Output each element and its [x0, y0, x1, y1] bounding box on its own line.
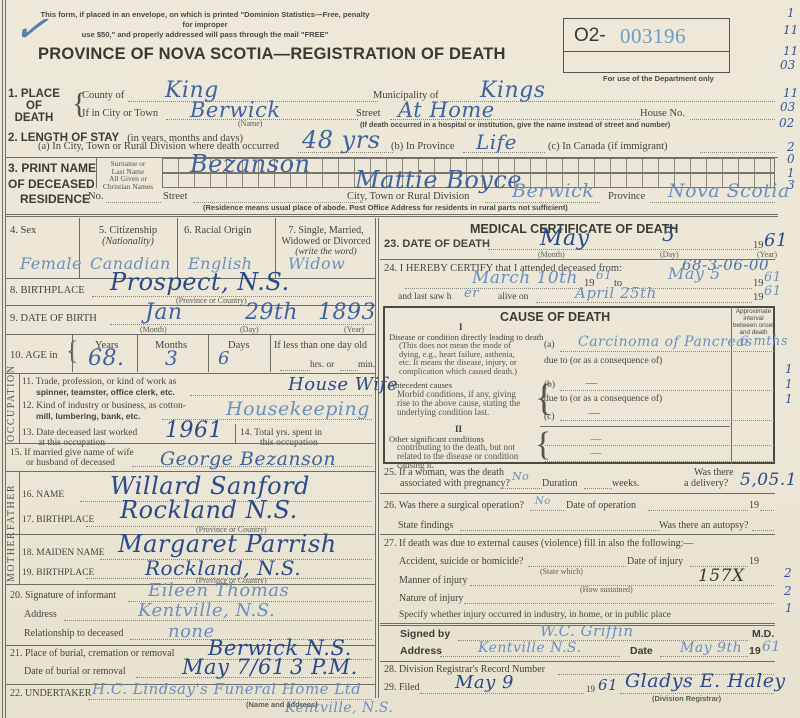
age-less-label: If less than one day old — [274, 340, 367, 351]
label-line: 11. Trade, profession, or kind of work a… — [22, 377, 176, 387]
due-to-label: due to (or as a consequence of) — [544, 356, 662, 366]
residence-city-label: City, Town or Rural Division — [347, 191, 469, 202]
divider — [235, 424, 236, 443]
father-birthplace-value[interactable]: Rockland N.S. — [120, 496, 298, 524]
delivery-label: Was there a delivery? — [684, 467, 733, 489]
mother-side-label: MOTHER — [6, 538, 17, 582]
dob-year-sub: (Year) — [344, 325, 364, 334]
accident-sub: (State which) — [540, 567, 583, 576]
father-side-label: FATHER — [6, 476, 17, 530]
other-line-1 — [545, 445, 774, 446]
filed-label: 29. Filed — [384, 682, 420, 693]
citizenship-sub: (Nationality) — [82, 236, 174, 247]
birthplace-value[interactable]: Prospect, N.S. — [110, 268, 290, 296]
to-year[interactable]: 61 — [764, 270, 782, 285]
note-line: complication which caused death.) — [399, 367, 517, 376]
q11-label: 11. Trade, profession, or kind of work a… — [22, 377, 176, 397]
signature-date-line — [660, 656, 748, 657]
cause-c-value[interactable]: — — [588, 406, 602, 421]
q12-label: 12. Kind of industry or business, as cot… — [22, 401, 186, 421]
divider — [19, 534, 20, 584]
signed-by-label: Signed by — [400, 628, 450, 640]
autopsy-label: Was there an autopsy? — [659, 520, 748, 531]
residence-no-label: No. — [88, 191, 103, 202]
margin-code: 0 — [787, 152, 795, 166]
manner-label: Manner of injury — [399, 575, 467, 586]
undertaker-value[interactable]: H.C. Lindsay's Funeral Home Ltd — [92, 680, 361, 698]
death-certificate: ✓ This form, if placed in an envelope, o… — [0, 0, 800, 718]
attended-from[interactable]: March 10th — [472, 268, 578, 288]
part-two: II — [455, 424, 462, 434]
injury-year-prefix: 19 — [749, 556, 759, 567]
sex-value[interactable]: Female — [20, 254, 82, 273]
registrar-name[interactable]: Gladys E. Haley — [625, 670, 786, 692]
q25-label: 25. If a woman, was the death associated… — [384, 467, 510, 489]
house-label: House No. — [640, 108, 685, 119]
signature-year-value[interactable]: 61 — [762, 639, 781, 655]
given-names-value[interactable]: Mattie Boyce — [355, 166, 522, 194]
citizenship-label: 5. Citizenship — [82, 225, 174, 236]
antecedent-note: Morbid conditions, if any, giving rise t… — [397, 390, 520, 417]
q25-value[interactable]: No — [512, 470, 529, 483]
manner-code[interactable]: 157X — [698, 566, 745, 586]
mail-notice-line-1: This form, if placed in an envelope, on … — [40, 10, 370, 30]
q25-line — [500, 488, 542, 489]
signature-year-prefix: 19 — [749, 645, 761, 657]
min-line — [340, 370, 358, 371]
delivery-value[interactable]: 5,05.1 — [740, 470, 797, 490]
cause-b-label: (b) — [544, 380, 555, 390]
mail-notice-line-2: use $50," and properly addressed will pa… — [40, 30, 370, 40]
label-line: 13. Date deceased last worked — [22, 428, 137, 438]
from-year[interactable]: 61 — [596, 268, 612, 282]
dob-day-sub: (Day) — [240, 325, 259, 334]
margin-code: 03 — [780, 100, 795, 114]
label-line: OF — [8, 100, 60, 112]
given-names-label: All Given or Christian Names — [98, 175, 158, 191]
registrar-sub: (Division Registrar) — [652, 694, 721, 703]
filed-year-prefix: 19 — [586, 684, 595, 694]
label-line: or husband of deceased — [10, 458, 134, 468]
street-value[interactable]: At Home — [398, 98, 495, 122]
divider — [6, 443, 375, 444]
part-one: I — [459, 322, 463, 332]
filed-value[interactable]: May 9 — [455, 672, 514, 693]
death-day-sub: (Day) — [660, 250, 679, 259]
cause-c-label: (c) — [544, 412, 555, 422]
alive-on-label: alive on — [498, 292, 528, 302]
signature-address-value[interactable]: Kentville N.S. — [478, 640, 581, 656]
column-divider — [375, 218, 376, 698]
mother-maiden-value[interactable]: Margaret Parrish — [118, 530, 337, 558]
interval-header: Approximate interval between onset and d… — [733, 308, 774, 336]
from-line — [405, 288, 583, 289]
registration-prefix: O2- — [574, 25, 606, 47]
q26-value[interactable]: No — [535, 496, 551, 507]
label-line: Was there — [684, 467, 733, 478]
age-years-value[interactable]: 68. — [88, 346, 125, 371]
nature-label: Nature of injury — [399, 593, 463, 604]
dob-month-sub: (Month) — [140, 325, 167, 334]
residence-city-value[interactable]: Berwick — [512, 180, 594, 202]
signature-date-value[interactable]: May 9th — [680, 640, 742, 656]
stay-city-value[interactable]: 48 yrs — [302, 126, 381, 154]
hrs-line — [280, 370, 310, 371]
sex-label: 4. Sex — [10, 225, 36, 236]
margin-code: 03 — [780, 58, 795, 72]
last-saw-pronoun[interactable]: er — [464, 286, 479, 301]
racial-origin-label: 6. Racial Origin — [184, 225, 251, 236]
print-name-label: 3. PRINT NAME OF DECEASED — [8, 160, 96, 192]
to-year-prefix: 19 — [753, 278, 764, 289]
dob-label: 9. DATE OF BIRTH — [10, 313, 97, 324]
dob-year[interactable]: 1893 — [318, 300, 376, 325]
hospital-note: (If death occurred in a hospital or inst… — [360, 120, 670, 129]
alive-on-value[interactable]: April 25th — [575, 284, 657, 302]
accident-label: Accident, suicide or homicide? — [399, 556, 523, 567]
county-label: County of — [82, 90, 124, 101]
age-days-value[interactable]: 6 — [218, 348, 230, 369]
divider — [72, 334, 73, 372]
divider — [19, 471, 20, 534]
dob-day[interactable]: 29th — [245, 300, 298, 325]
label-line: DEATH — [8, 112, 60, 124]
stay-province-label: (b) In Province — [391, 141, 455, 152]
margin-code: 02 — [779, 116, 794, 130]
divider — [208, 334, 209, 372]
manner-sub: (How sustained) — [580, 585, 633, 594]
q14-label: 14. Total yrs. spent in this occupation — [240, 428, 322, 448]
mother-maiden-label: 18. MAIDEN NAME — [22, 548, 105, 558]
autopsy-line — [752, 530, 774, 531]
divider — [380, 534, 775, 535]
cause-title: CAUSE OF DEATH — [500, 310, 610, 324]
margin-code: 2 — [784, 566, 792, 580]
alive-on-line — [536, 302, 752, 303]
spouse-value[interactable]: George Bezanson — [160, 448, 336, 470]
city-sub: (Name) — [238, 119, 262, 128]
injury-date-label: Date of injury — [627, 556, 683, 567]
attended-to[interactable]: May 5 — [668, 264, 721, 283]
marital-label-line: Widowed or Divorced — [278, 236, 374, 247]
registration-number: 003196 — [620, 24, 686, 49]
mail-notice: This form, if placed in an envelope, on … — [40, 10, 370, 40]
divider — [6, 214, 778, 217]
cause-a-label: (a) — [544, 340, 555, 350]
father-birthplace-label: 17. BIRTHPLACE — [22, 515, 94, 525]
burial-date-label: Date of burial or removal — [24, 666, 126, 677]
death-month-sub: (Month) — [538, 250, 565, 259]
age-hrs-label: hrs. or — [310, 360, 334, 370]
margin-code: 2 — [784, 584, 792, 598]
divider — [6, 334, 375, 335]
signature-date-label: Date — [630, 645, 653, 657]
street-label: Street — [356, 108, 381, 119]
margin-code: 11 — [783, 23, 798, 37]
residence-label: RESIDENCE — [20, 192, 90, 206]
direct-cause-note: (This does not mean the mode of dying, e… — [399, 341, 517, 375]
alive-year-prefix: 19 — [753, 292, 764, 303]
death-year[interactable]: 61 — [764, 230, 788, 251]
filed-line — [420, 693, 584, 694]
label-line: associated with pregnancy? — [384, 478, 510, 489]
occupation-side-label: OCCUPATION — [6, 378, 17, 442]
cause-b-value[interactable]: — — [585, 376, 599, 391]
residence-row: RESIDENCE — [20, 190, 90, 208]
informant-address-value[interactable]: Kentville, N.S. — [138, 600, 275, 621]
q11-line — [190, 395, 372, 396]
city-value[interactable]: Berwick — [190, 98, 281, 122]
residence-no-line — [106, 202, 161, 203]
other-value-1[interactable]: — — [590, 432, 603, 446]
label-text: 23. DATE OF DEATH — [384, 238, 490, 250]
residence-province-value[interactable]: Nova Scotia — [668, 180, 790, 202]
label-line: spinner, teamster, office clerk, etc. — [22, 387, 176, 397]
due-to-label-2: due to (or as a consequence of) — [544, 394, 662, 404]
other-conditions-note: contributing to the death, but not relat… — [397, 443, 518, 470]
spouse-label: 15. If married give name of wife or husb… — [10, 448, 134, 468]
label-line: Christian Names — [98, 183, 158, 191]
place-of-death-label: 1. PLACE OF DEATH — [8, 88, 60, 124]
informant-signature-value[interactable]: Eileen Thomas — [148, 580, 289, 601]
burial-time-value[interactable]: 3 P.M. — [290, 655, 358, 679]
margin-code: 1 — [785, 601, 793, 615]
stay-province-value[interactable]: Life — [476, 130, 517, 154]
registration-number-box: O2- 003196 — [563, 18, 730, 52]
findings-label: State findings — [398, 520, 453, 531]
mother-birthplace-label: 19. BIRTHPLACE — [22, 568, 94, 578]
cause-a-interval[interactable]: 6 mths — [740, 334, 788, 349]
page-title: PROVINCE OF NOVA SCOTIA—REGISTRATION OF … — [38, 45, 506, 64]
age-label: 10. AGE in — [10, 350, 58, 361]
residence-province-label: Province — [608, 191, 645, 202]
q26-line — [530, 510, 566, 511]
q12-value[interactable]: Housekeeping — [226, 398, 370, 420]
other-value-2[interactable]: — — [590, 446, 603, 460]
label-line: 14. Total yrs. spent in — [240, 428, 322, 438]
signed-by-value[interactable]: W.C. Griffin — [540, 622, 634, 640]
margin-code: 11 — [783, 86, 798, 100]
left-border-inner — [5, 0, 6, 718]
filed-year[interactable]: 61 — [598, 676, 618, 694]
father-name-label: 16. NAME — [22, 490, 64, 500]
informant-address-label: Address — [24, 609, 57, 620]
left-border — [2, 0, 3, 718]
q26-label: 26. Was there a surgical operation? — [384, 500, 524, 511]
death-month[interactable]: May — [540, 226, 590, 251]
cause-a-value[interactable]: Carcinoma of Pancreas — [578, 334, 753, 350]
margin-code: 11 — [783, 44, 798, 58]
address-label: Address — [400, 645, 442, 657]
q11-value[interactable]: House Wife — [288, 374, 398, 395]
label-line: 1. PLACE — [8, 88, 60, 100]
department-note: For use of the Department only — [603, 74, 714, 83]
operation-year-prefix: 19 — [749, 500, 759, 511]
label-line: 25. If a woman, was the death — [384, 467, 510, 478]
q27-label: 27. If death was due to external causes … — [384, 538, 693, 549]
duration-label: Duration — [542, 478, 578, 489]
date-of-death-line — [488, 249, 758, 250]
age-min-label: min. — [358, 360, 375, 370]
marital-label-line: 7. Single, Married, — [278, 225, 374, 236]
stay-canada-line — [700, 152, 775, 153]
label-line: 3. PRINT NAME — [8, 160, 96, 176]
marital-value[interactable]: Widow — [288, 254, 345, 273]
findings-line — [460, 530, 660, 531]
margin-code: 1 — [785, 377, 793, 391]
divider — [380, 661, 775, 662]
residence-street-label: Street — [163, 191, 188, 202]
department-box — [563, 51, 730, 73]
label-line: a delivery? — [684, 478, 733, 489]
divider — [270, 334, 271, 372]
residence-note: (Residence means usual place of abode. P… — [203, 203, 568, 212]
other-line-2 — [545, 461, 774, 462]
operation-date-line — [648, 510, 748, 511]
burial-place-label: 21. Place of burial, cremation or remova… — [10, 648, 174, 659]
cause-a-line — [560, 351, 774, 352]
burial-date-value[interactable]: May 7/61 — [182, 655, 286, 679]
margin-code: 1 — [787, 6, 795, 20]
interval-divider — [731, 306, 732, 464]
q13-value[interactable]: 1961 — [165, 418, 223, 443]
divider — [19, 373, 20, 443]
q13-label: 13. Date deceased last worked at this oc… — [22, 428, 137, 448]
city-label: If in City or Town — [82, 108, 158, 119]
divider — [137, 334, 138, 372]
column-divider — [378, 218, 379, 698]
surname-value[interactable]: Bezanson — [190, 150, 310, 178]
nature-line — [464, 603, 774, 604]
undertaker-sub: (Name and address) — [246, 700, 318, 709]
divider — [380, 493, 775, 494]
dob-month[interactable]: Jan — [145, 300, 183, 325]
stay-canada-label: (c) In Canada (if immigrant) — [548, 141, 668, 152]
margin-code: 1 — [785, 362, 793, 376]
divider — [96, 158, 97, 188]
death-day[interactable]: 5 — [662, 222, 675, 246]
date-of-death-label: 23. DATE OF DEATH — [384, 238, 490, 250]
operation-year-line — [760, 510, 774, 511]
birthplace-sub: (Province or Country) — [176, 296, 247, 305]
note-line: underlying condition last. — [397, 408, 520, 417]
age-days-header: Days — [228, 340, 250, 351]
alive-year[interactable]: 61 — [764, 284, 782, 299]
last-saw-label: and last saw h — [398, 292, 452, 302]
label-line: 15. If married give name of wife — [10, 448, 134, 458]
specify-label: Specify whether injury occurred in indus… — [399, 610, 671, 620]
duration-line — [584, 488, 612, 489]
label-line: 12. Kind of industry or business, as cot… — [22, 401, 186, 411]
divider — [540, 426, 730, 427]
signature-address-line — [440, 656, 620, 657]
age-months-value[interactable]: 3 — [165, 346, 178, 370]
house-line — [690, 119, 775, 120]
residence-province-line — [650, 202, 775, 203]
birthplace-label: 8. BIRTHPLACE — [10, 285, 85, 296]
informant-signature-label: 20. Signature of informant — [10, 590, 116, 601]
margin-code: 1 — [785, 392, 793, 406]
undertaker-label: 22. UNDERTAKER — [10, 688, 91, 699]
relationship-label: Relationship to deceased — [24, 628, 123, 639]
operation-date-label: Date of operation — [566, 500, 636, 511]
weeks-label: weeks. — [612, 478, 640, 489]
citizenship-label-group: 5. Citizenship (Nationality) — [82, 225, 174, 247]
